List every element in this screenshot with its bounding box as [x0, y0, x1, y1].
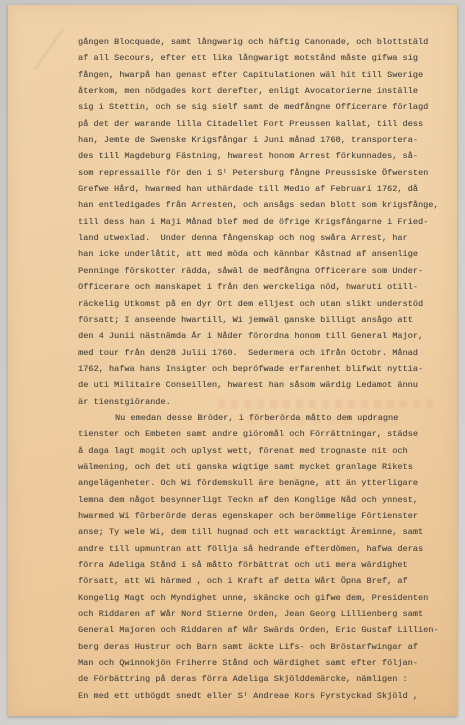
text-line: med tour från den28 Julii 1760. Sedermer… [78, 345, 450, 361]
text-line: Grefwe Hård, hwarmed han uthärdade till … [78, 181, 450, 197]
text-line: des till Magdeburg Fästning, hwarest hon… [78, 148, 450, 164]
text-line: försatt; I anseende hwartill, Wi jemwäl … [78, 312, 450, 328]
text-line: Man och Qwinnokjön Friherre Stånd och Wä… [78, 655, 450, 671]
text-line: af all Secours, efter ett lika långwarig… [78, 50, 450, 66]
text-line: till dess han i Maji Månad blef med de ö… [78, 214, 450, 230]
paper-crease [26, 29, 72, 69]
text-line: är tienstgiörande. [78, 394, 450, 410]
text-line: wälmening, och det uti ganska wigtige sa… [78, 459, 450, 475]
text-line: lemna dem något besynnerligt Teckn af de… [78, 492, 450, 508]
text-line: gången Blocquade, samt långwarig och häf… [78, 34, 450, 50]
text-line: anse; Ty wele Wi, dem till hugnad och et… [78, 524, 450, 540]
text-line: och Riddaren af Wår Nord Stierne Orden, … [78, 606, 450, 622]
text-line: fången, hwarpå han genast efter Capitula… [78, 67, 450, 83]
text-line: Officerare och manskapet i från den werc… [78, 279, 450, 295]
text-line: den 4 Junii nästnämda År i Nåder förordn… [78, 328, 450, 344]
text-line: återkom, men nödgades kort derefter, enl… [78, 83, 450, 99]
text-line: räckelig Utkomst på en dyr Ort dem ellje… [78, 296, 450, 312]
text-line: berg deras Hustrur och Barn samt äckte L… [78, 639, 450, 655]
text-line: förra Adeliga Stånd i så måtto förbättra… [78, 557, 450, 573]
text-line: han icke underlåtit, att med möda och kä… [78, 246, 450, 262]
text-line: angelägenheter. Och Wi fördemskull äre b… [78, 475, 450, 491]
text-line: Penninge förskotter rädda, såwäl de medf… [78, 263, 450, 279]
text-line: General Majoren och Riddaren af Wår Swär… [78, 622, 450, 638]
paper-page: gången Blocquade, samt långwarig och häf… [8, 5, 457, 716]
text-line: land utwexlad. Under denna fångenskap oc… [78, 230, 450, 246]
text-line: på det der warande lilla Citadellet Fort… [78, 116, 450, 132]
text-line: sig i Stettin, och se sig sielf samt de … [78, 99, 450, 115]
text-line: hwarmed Wi förberörde deras egenskaper o… [78, 508, 450, 524]
text-line: tienster och Embeten samt andre giöromål… [78, 426, 450, 442]
text-line: 1762, hafwa hans Insigter och bepröfwade… [78, 361, 450, 377]
text-line: han entledigades från Arresten, och anså… [78, 197, 450, 213]
text-line: de uti Militaire Conseillen, hwarest han… [78, 377, 450, 393]
text-line-paragraph-start: Nu emedan desse Bröder, i förberörda måt… [78, 410, 450, 426]
text-line: försatt, att Wi härmed , och i Kraft af … [78, 573, 450, 589]
text-line: å daga lagt mogit och uplyst wett, fören… [78, 443, 450, 459]
text-line: han, Jemte de Swenske Krigsfångar i Juni… [78, 132, 450, 148]
document-text: gången Blocquade, samt långwarig och häf… [78, 34, 450, 704]
text-line: andre till upmuntran att föllja så hedra… [78, 541, 450, 557]
text-line: som repressaille för den i Sᵗ Petersburg… [78, 165, 450, 181]
text-line: Kongelig Magt och Myndighet unne, skänck… [78, 590, 450, 606]
scan-backdrop: gången Blocquade, samt långwarig och häf… [0, 0, 465, 725]
text-line: En med ett utbögdt snedt eller Sᵗ Andrea… [78, 688, 450, 704]
text-line: de Förbättring på deras förra Adeliga Sk… [78, 671, 450, 687]
